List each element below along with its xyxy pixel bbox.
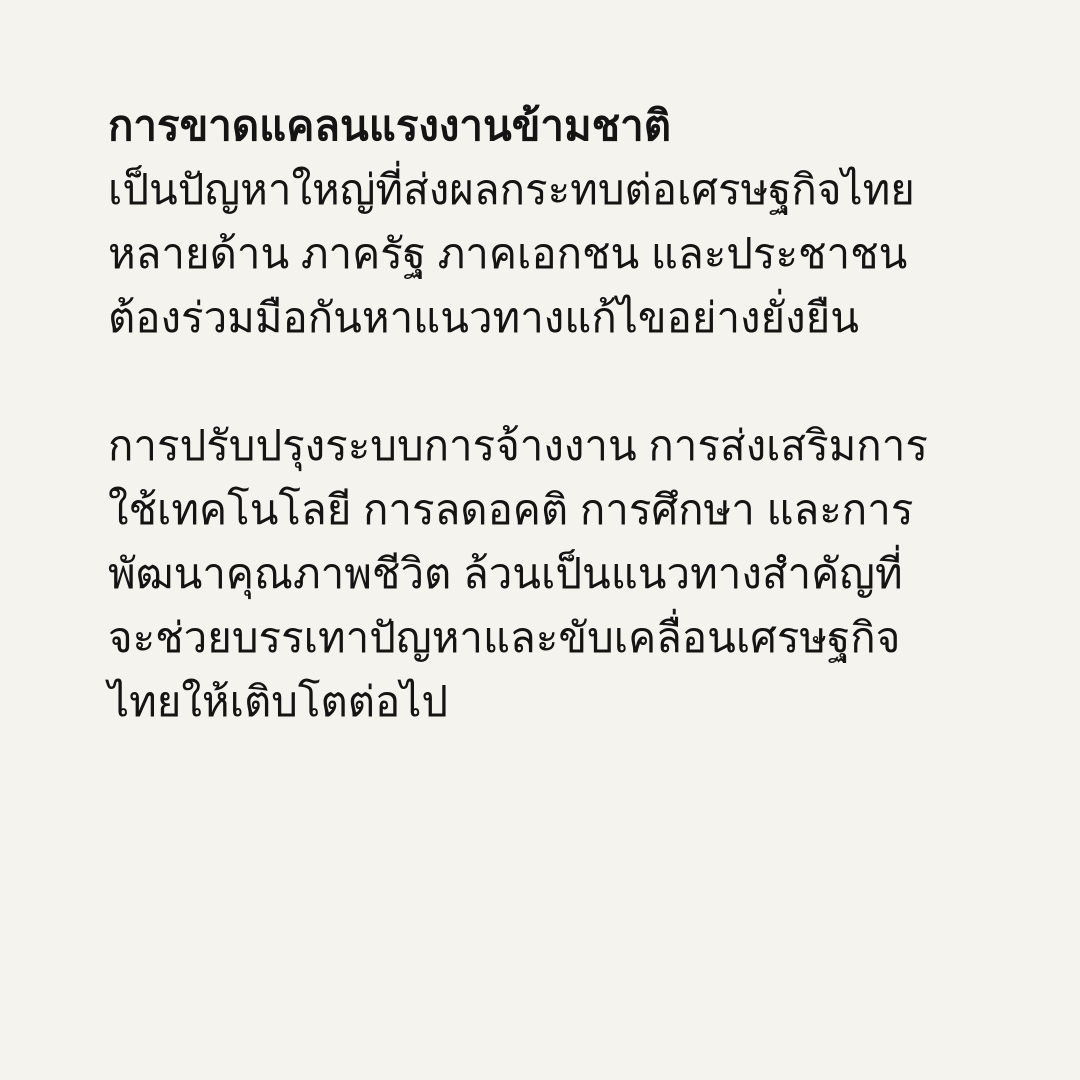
paragraph-line: ต้องร่วมมือกันหาแนวทางแก้ไขอย่างยั่งยืน [108,286,988,350]
paragraph-line: หลายด้าน ภาครัฐ ภาคเอกชน และประชาชน [108,222,988,286]
paragraph-line: จะช่วยบรรเทาปัญหาและขับเคลื่อนเศรษฐกิจ [108,606,988,670]
text-block: การขาดแคลนแรงงานข้ามชาติ เป็นปัญหาใหญ่ที… [108,94,988,734]
paragraph-line: ไทยให้เติบโตต่อไป [108,670,988,734]
heading: การขาดแคลนแรงงานข้ามชาติ [108,94,988,158]
paragraph-spacer [108,350,988,414]
paragraph-2: การปรับปรุงระบบการจ้างงาน การส่งเสริมการ… [108,414,988,734]
paragraph-1: เป็นปัญหาใหญ่ที่ส่งผลกระทบต่อเศรษฐกิจไทย… [108,158,988,350]
paragraph-line: เป็นปัญหาใหญ่ที่ส่งผลกระทบต่อเศรษฐกิจไทย [108,158,988,222]
post-canvas: การขาดแคลนแรงงานข้ามชาติ เป็นปัญหาใหญ่ที… [0,0,1080,1080]
paragraph-line: พัฒนาคุณภาพชีวิต ล้วนเป็นแนวทางสำคัญที่ [108,542,988,606]
paragraph-line: การปรับปรุงระบบการจ้างงาน การส่งเสริมการ [108,414,988,478]
paragraph-line: ใช้เทคโนโลยี การลดอคติ การศึกษา และการ [108,478,988,542]
